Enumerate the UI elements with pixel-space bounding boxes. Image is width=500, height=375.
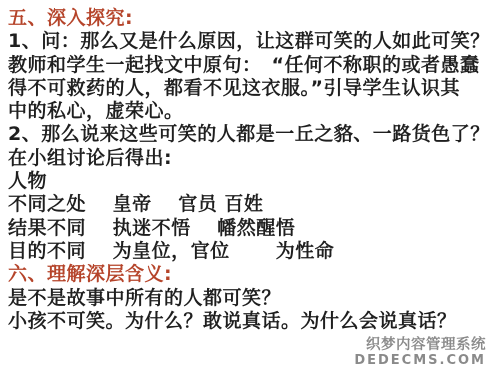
group-discussion-result: 在小组讨论后得出:	[8, 147, 498, 170]
question-2: 2、那么说来这些可笑的人都是一丘之貉、一路货色了？	[8, 123, 498, 146]
table-row-purposes: 目的不同 为皇位，官位 为性命	[8, 240, 498, 263]
table-row-results: 结果不同 执迷不悟 幡然醒悟	[8, 217, 498, 240]
watermark: 织梦内容管理系统 DEDECMS.COM	[354, 337, 486, 368]
teacher-find-sentence: 教师和学生一起找文中原句： “任何不称职的或者愚蠢	[8, 54, 498, 77]
question-all-laughable: 是不是故事中所有的人都可笑？	[8, 287, 498, 310]
watermark-chinese-text: 织梦内容管理系统	[354, 337, 486, 353]
table-row-characters: 人物	[8, 170, 498, 193]
lesson-slide: 五、深入探究: 1、问：那么又是什么原因，让这群可笑的人如此可笑？ 教师和学生一…	[0, 0, 500, 375]
question-1: 1、问：那么又是什么原因，让这群可笑的人如此可笑？	[8, 30, 498, 53]
section-6-heading: 六、理解深层含义:	[8, 263, 498, 286]
watermark-dedecms-logo: DEDECMS.COM	[354, 353, 486, 368]
section-5-heading: 五、深入探究:	[8, 7, 498, 30]
selfishness-vanity: 中的私心，虚荣心。	[8, 100, 498, 123]
question-child-truth: 小孩不可笑。为什么？敢说真话。为什么会说真话？	[8, 310, 498, 333]
slide-text-block: 五、深入探究: 1、问：那么又是什么原因，让这群可笑的人如此可笑？ 教师和学生一…	[8, 7, 498, 333]
quote-continuation: 得不可救药的人，都看不见这衣服。”引导学生认识其	[8, 77, 498, 100]
table-row-differences: 不同之处 皇帝 官员 百姓	[8, 193, 498, 216]
